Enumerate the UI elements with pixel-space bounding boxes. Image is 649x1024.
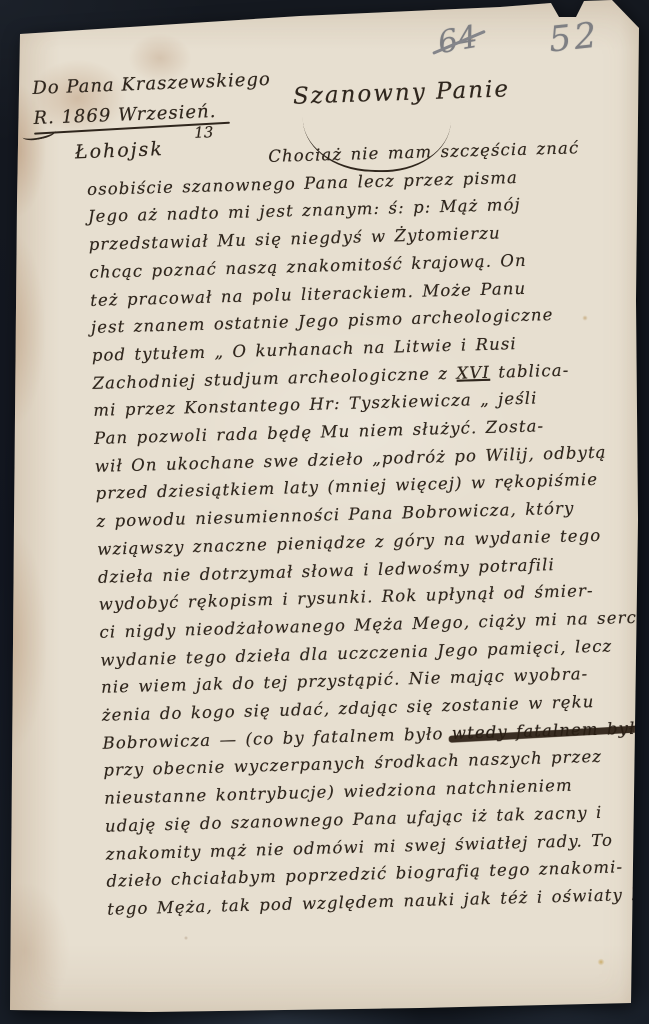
paper-shadow-wrap: 64 52 Do Pana Kraszewskiego R. 1869 Wrze… bbox=[0, 0, 649, 1024]
header-addressee: Do Pana Kraszewskiego bbox=[32, 69, 271, 99]
header-day: 13 bbox=[194, 123, 214, 142]
underlined-word: XVI bbox=[456, 362, 490, 382]
scan-canvas: { "document": { "kind": "handwritten-let… bbox=[0, 0, 649, 1024]
pencil-crossed-number: 64 bbox=[435, 19, 480, 61]
header-date: R. 1869 Wrzesień. bbox=[33, 99, 272, 129]
scan-background: 64 52 Do Pana Kraszewskiego R. 1869 Wrze… bbox=[0, 0, 649, 1024]
letter-page: 64 52 Do Pana Kraszewskiego R. 1869 Wrze… bbox=[0, 0, 649, 1024]
pencil-page-number: 52 bbox=[547, 15, 601, 60]
letter-body: Chociaż nie mam szczęścia znaćosobiście … bbox=[86, 132, 649, 923]
crossed-out-text: wtedy fatalnem było bbox=[452, 718, 647, 742]
salutation: Szanowny Panie bbox=[293, 76, 511, 110]
